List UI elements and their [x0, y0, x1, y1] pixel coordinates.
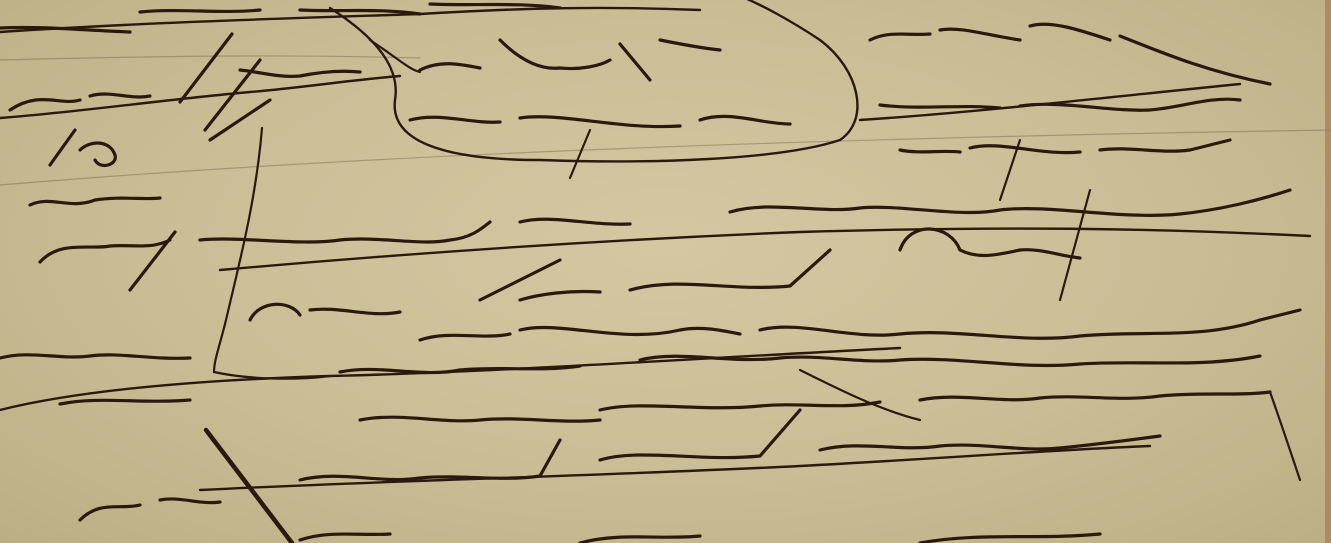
manuscript-page: …удивл… [circled] …ку у … Это прошло … э… [0, 0, 1331, 543]
handwriting-strokes [0, 0, 1331, 543]
page-edge [1325, 0, 1331, 543]
